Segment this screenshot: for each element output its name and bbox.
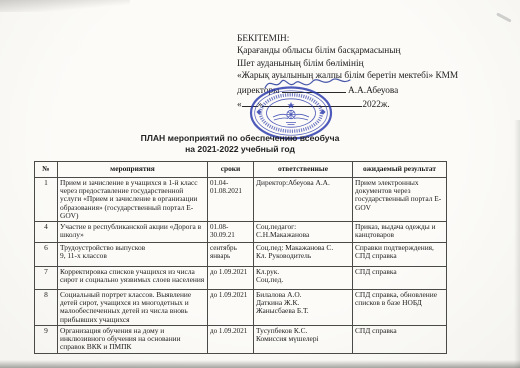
row-responsible: Билалова А.О. Даткина Ж.К. Жанысбаева Б.… — [254, 290, 353, 326]
row-num: 1 — [35, 178, 58, 222]
row-result: Прием электронных документов через госуд… — [353, 178, 447, 222]
row-term: до 1.09.2021 — [208, 290, 254, 326]
scan-edge-top-left — [0, 0, 130, 12]
row-num: 8 — [35, 290, 58, 326]
row-activity: Корректировка списков учащихся из числа … — [58, 267, 208, 290]
table-row: 7 Корректировка списков учащихся из числ… — [35, 267, 447, 290]
row-responsible: Директор:Абеуова А.А. — [254, 178, 353, 222]
document-title: ПЛАН мероприятий по обеспечению всеобуча… — [40, 133, 440, 154]
approval-org-line1: Қарағанды облысы білім басқармасының — [237, 45, 467, 57]
row-responsible: Соц.педагог: С.Н.Макажанова — [254, 222, 353, 243]
row-activity: Прием и зачисление в учащихся в 1-й клас… — [58, 178, 208, 222]
row-responsible: Тусупбеков К.С. Комиссия мүшелері — [254, 325, 353, 353]
header-num: № — [35, 162, 58, 178]
row-result: СПД справка, обновление списков в базе Н… — [353, 290, 447, 326]
row-term: 01.08-30.09.21 — [208, 222, 254, 243]
table-header-row: № мероприятия сроки ответственные ожидае… — [35, 162, 447, 178]
row-activity: Организация обучения на дому и инклюзивн… — [58, 325, 208, 353]
director-name: А.А.Абеуова — [348, 86, 398, 96]
row-activity: Трудоустройство выпусков 9, 11-х классов — [58, 243, 208, 267]
row-result: Приказ, выдача одежды и канцтоваров — [353, 222, 447, 243]
row-result: СПД справка — [353, 267, 447, 290]
row-result: СПД справка — [353, 325, 447, 353]
row-responsible: Кл.рук. Соц.пед. — [254, 267, 353, 290]
row-num: 9 — [35, 325, 58, 353]
emblem-icon — [273, 102, 309, 125]
scanned-document-page: БЕКІТЕМІН: Қарағанды облысы білім басқар… — [0, 0, 520, 368]
scan-mark-top-right — [496, 12, 511, 22]
header-term: сроки — [208, 162, 254, 178]
document-title-line1: ПЛАН мероприятий по обеспечению всеобуча — [40, 133, 440, 144]
document-title-line2: на 2021-2022 учебный год — [40, 144, 440, 155]
row-result: Справки подтверждения, СПД справка — [353, 243, 447, 267]
approval-label: БЕКІТЕМІН: — [237, 33, 467, 45]
table-row: 8 Социальный портрет классов. Выявление … — [35, 290, 447, 326]
scan-edge-bottom — [0, 360, 520, 368]
row-term: 01.04- 01.08.2021 — [208, 178, 254, 222]
header-activity: мероприятия — [58, 162, 208, 178]
row-activity: Социальный портрет классов. Выявление де… — [58, 290, 208, 326]
row-term: до 1.09.2021 — [208, 325, 254, 353]
row-num: 7 — [35, 267, 58, 290]
table-row: 6 Трудоустройство выпусков 9, 11-х класс… — [35, 243, 447, 267]
row-num: 4 — [35, 222, 58, 243]
header-responsible: ответственные — [254, 162, 353, 178]
date-year: 2022ж. — [362, 100, 389, 110]
row-activity: Участие в республиканской акции «Дорога … — [58, 222, 208, 243]
table-row: 4 Участие в республиканской акции «Дорог… — [35, 222, 447, 243]
row-responsible: Соц.пед: Макажанова С. Кл. Руководитель — [254, 243, 353, 267]
table-row: 9 Организация обучения на дому и инклюзи… — [35, 325, 447, 353]
plan-table: № мероприятия сроки ответственные ожидае… — [34, 161, 447, 354]
header-result: ожидаемый результат — [353, 162, 447, 178]
table-row: 1 Прием и зачисление в учащихся в 1-й кл… — [35, 178, 447, 222]
row-num: 6 — [35, 243, 58, 267]
approval-org-line2: Шет ауданының білім бөлімінің — [237, 58, 467, 70]
row-term: сентябрь январь — [208, 243, 254, 267]
scan-edge-right — [514, 120, 520, 368]
director-signature — [262, 74, 354, 94]
row-term: до 1.09.2021 — [208, 267, 254, 290]
